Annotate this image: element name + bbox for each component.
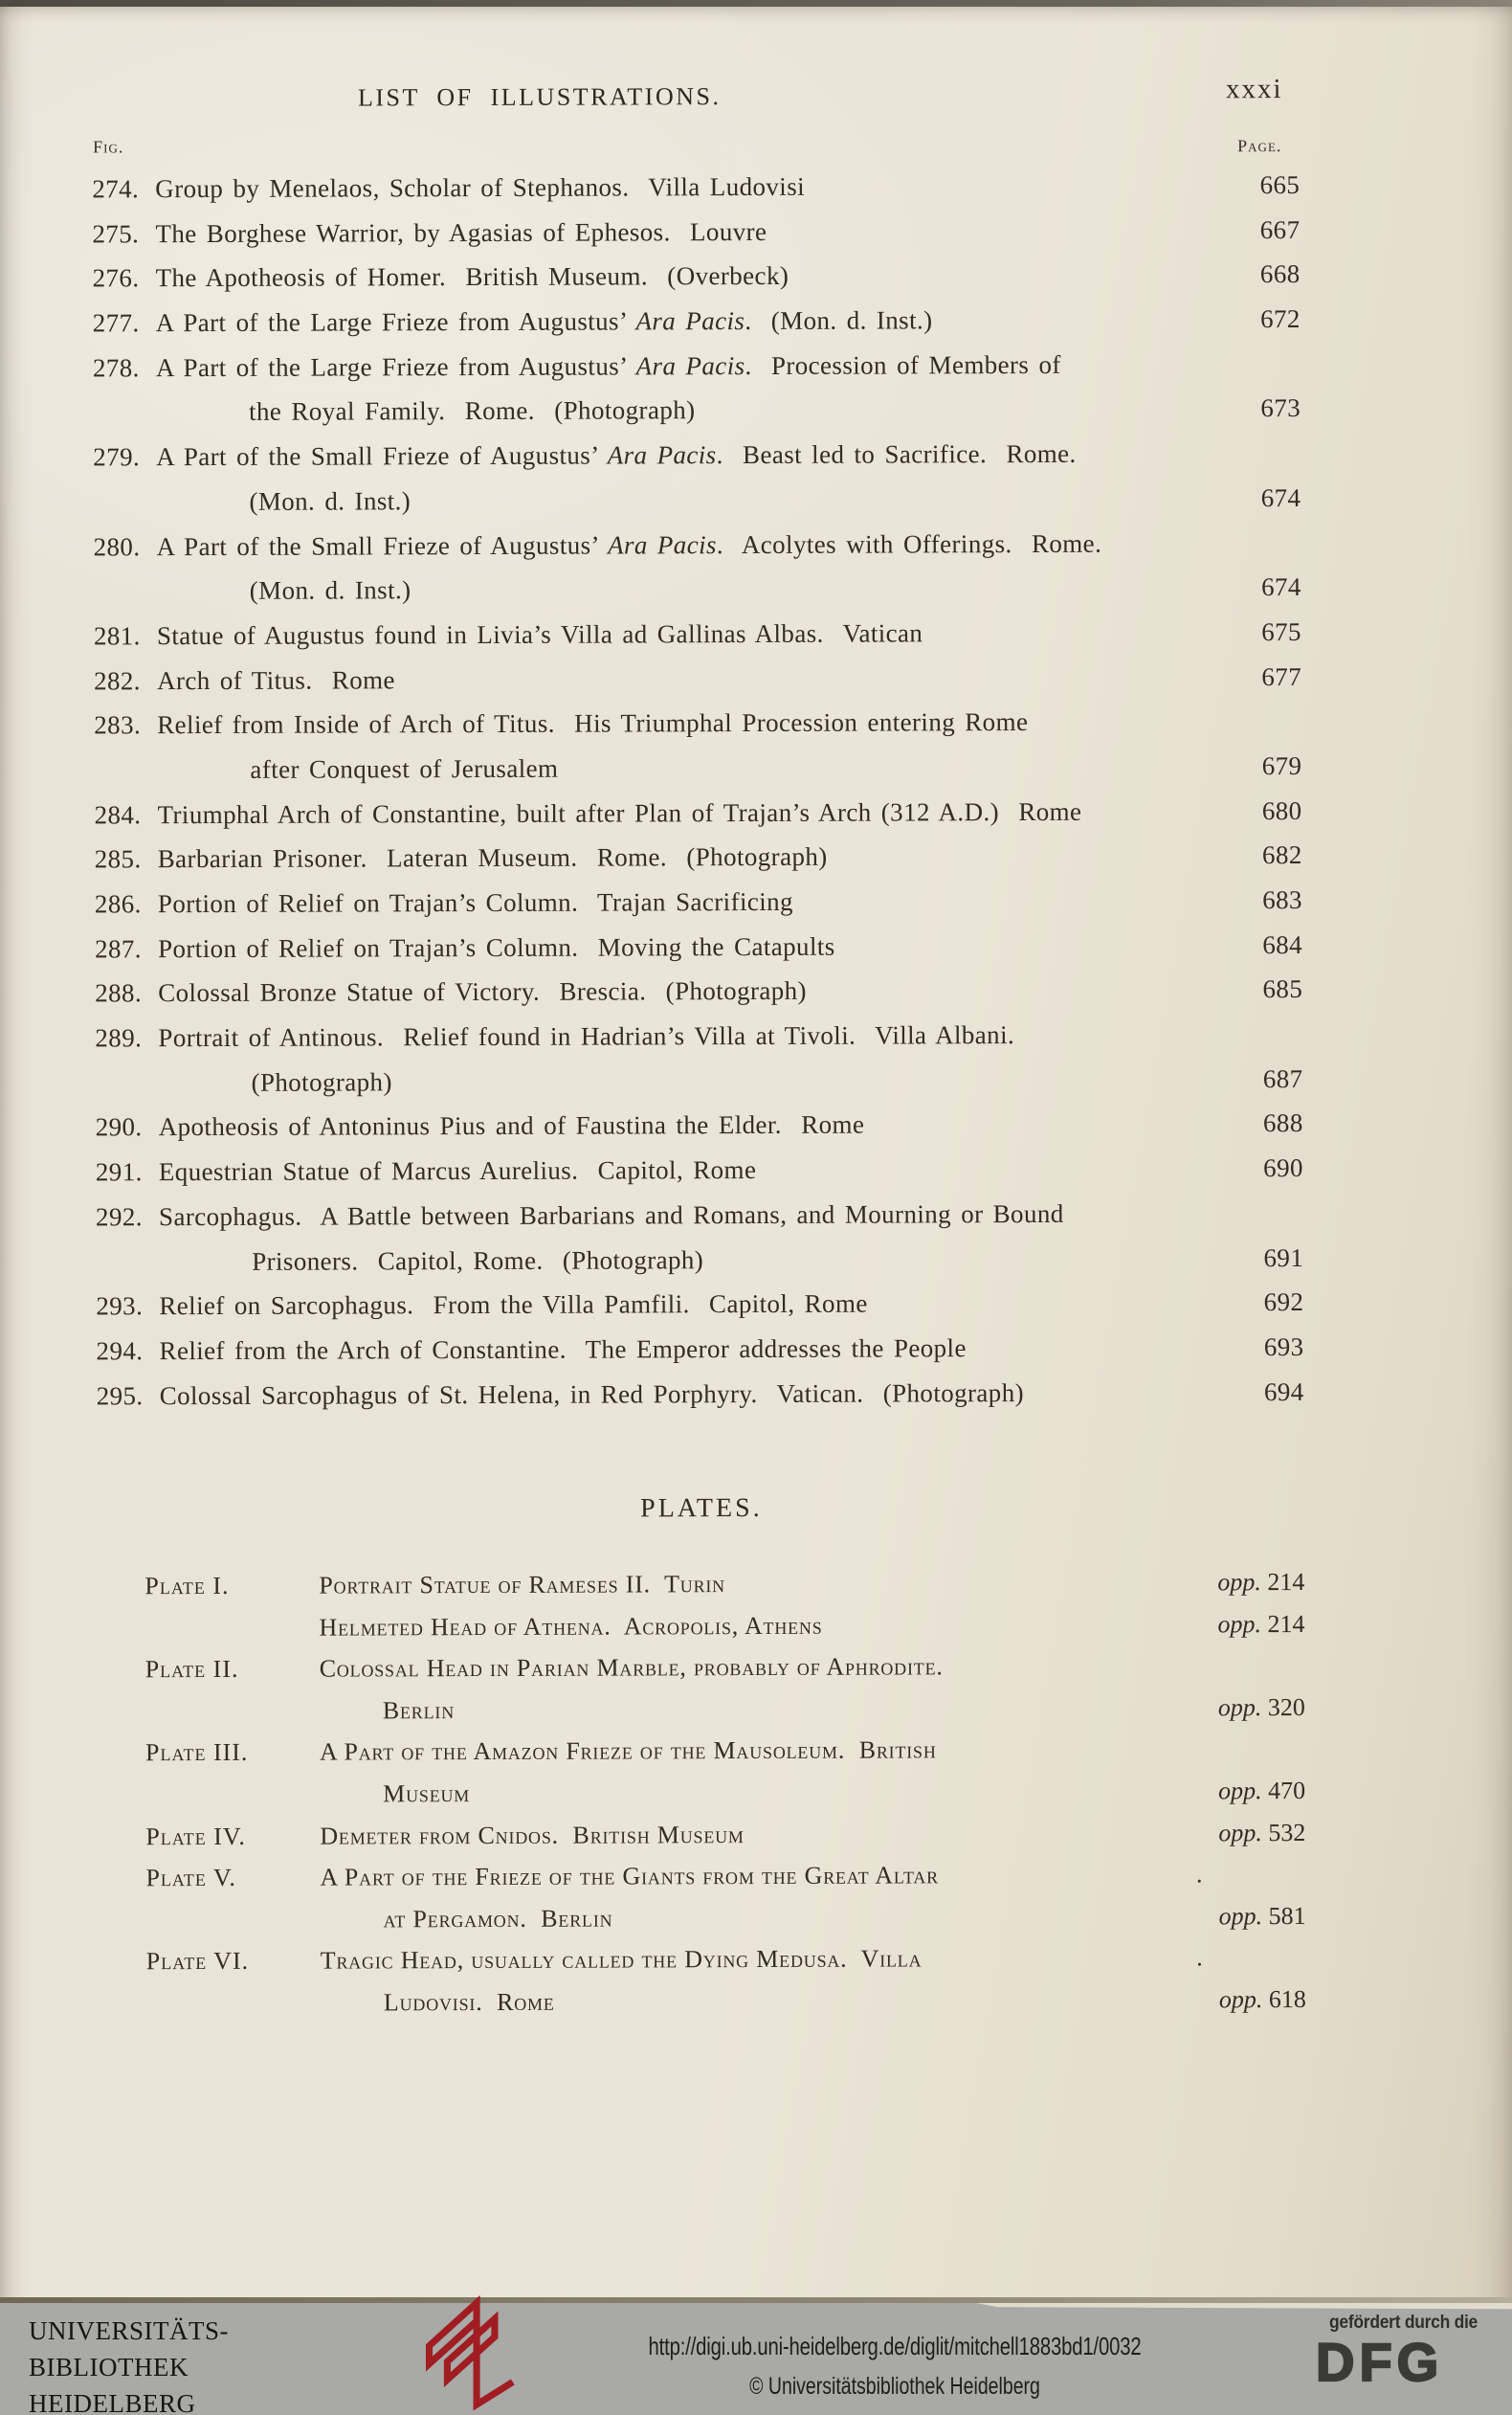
page-number: 687: [1263, 1064, 1303, 1093]
dfg-logo: DFG: [1316, 2336, 1483, 2389]
figure-row: after Conquest of Jerusalem679: [94, 744, 1301, 793]
page-number: 532: [1268, 1819, 1305, 1846]
entry-text: A Part of the Large Frieze from Augustus…: [156, 298, 933, 346]
dot-leader: [826, 1603, 1172, 1646]
figure-row: 291.Equestrian Statue of Marcus Aurelius…: [96, 1146, 1303, 1195]
page-ref: 675: [1233, 610, 1301, 655]
page-ref: 667: [1231, 208, 1300, 253]
page-ref: 665: [1231, 163, 1300, 208]
entry-text: Triumphal Arch of Constantine, built aft…: [157, 789, 1081, 837]
figure-row: 274.Group by Menelaos, Scholar of Stepha…: [92, 163, 1300, 212]
entry-text: A Part of the Amazon Frieze of the Mauso…: [320, 1730, 937, 1774]
library-name: UNIVERSITÄTS- BIBLIOTHEK HEIDELBERG: [29, 2313, 229, 2415]
figure-number: 280.: [94, 525, 157, 570]
plate-label: [146, 1898, 321, 1940]
plain-text: A Part of the Amazon Frieze of the Mauso…: [320, 1736, 937, 1766]
plain-text: . Procession of Members of: [745, 350, 1060, 380]
entry-text: Demeter from Cnidos. British Museum: [320, 1814, 745, 1857]
plate-row: Museumopp. 470: [145, 1770, 1305, 1816]
figure-number: 288.: [95, 972, 158, 1017]
dot-leader: [699, 387, 1226, 434]
page-ref: opp. 470: [1179, 1770, 1305, 1812]
plate-row: Plate III.A Part of the Amazon Frieze of…: [145, 1728, 1305, 1774]
entry-text: Prisoners. Capitol, Rome. (Photograph): [159, 1238, 703, 1285]
opp-prefix: opp.: [1219, 1902, 1269, 1930]
dot-leader: [1028, 1370, 1230, 1415]
page-number: 665: [1260, 170, 1301, 199]
plain-text: Museum: [383, 1779, 470, 1807]
figure-row: 277.A Part of the Large Frieze from Augu…: [93, 297, 1301, 346]
plain-text: Colossal Bronze Statue of Victory. Bresc…: [158, 976, 807, 1007]
plain-text: . Beast led to Sacrifice. Rome.: [716, 439, 1076, 469]
dot-leader: [562, 744, 1227, 791]
figure-row: 288.Colossal Bronze Statue of Victory. B…: [95, 967, 1302, 1016]
figure-row: 280.A Part of the Small Frieze of August…: [94, 521, 1301, 570]
page-ref: 668: [1232, 252, 1301, 297]
figure-number: 285.: [95, 837, 158, 882]
plain-text: Colossal Sarcophagus of St. Helena, in R…: [160, 1378, 1024, 1410]
page-ref: 674: [1233, 565, 1301, 610]
opp-prefix: opp.: [1217, 1610, 1267, 1638]
page-ref: opp. 214: [1178, 1561, 1304, 1603]
page-number: 214: [1267, 1610, 1304, 1638]
plain-text: Colossal Head in Parian Marble, probably…: [320, 1653, 944, 1683]
page-number: 693: [1264, 1332, 1304, 1361]
page-number: 684: [1262, 930, 1302, 959]
opp-prefix: opp.: [1218, 1693, 1268, 1721]
entry-text: Relief from Inside of Arch of Titus. His…: [157, 700, 1028, 748]
plain-text: at Pergamon. Berlin: [384, 1904, 613, 1933]
dot-leader: [474, 1770, 1173, 1814]
opp-prefix: opp.: [1219, 1985, 1269, 2013]
page-ref: 694: [1235, 1370, 1304, 1415]
page-ref: 684: [1234, 923, 1302, 968]
footer-center: http://digi.ub.uni-heidelberg.de/diglit/…: [512, 2303, 1278, 2401]
plain-text: A Part of the Small Frieze of Augustus’: [156, 441, 608, 472]
figure-number: [96, 1240, 159, 1285]
figure-number: 275.: [92, 212, 155, 257]
dot-leader: [707, 1236, 1229, 1283]
figure-row: 281.Statue of Augustus found in Livia’s …: [94, 610, 1301, 659]
page-number: 682: [1262, 840, 1302, 869]
entry-text: Apotheosis of Antoninus Pius and of Faus…: [159, 1103, 865, 1150]
plain-text: Statue of Augustus found in Livia’s Vill…: [157, 618, 923, 650]
plain-text: Helmeted Head of Athena. Acropolis, Athe…: [319, 1611, 822, 1641]
page-ref: opp. 320: [1179, 1687, 1305, 1729]
plate-label: Plate III.: [145, 1732, 320, 1774]
plain-text: Group by Menelaos, Scholar of Stephanos.…: [155, 172, 805, 203]
dot-leader: [936, 297, 1225, 343]
dot-leader: [559, 1979, 1174, 2023]
page-number: 694: [1264, 1377, 1304, 1406]
plain-text: Portrait of Antinous. Relief found in Ha…: [158, 1020, 1014, 1052]
plate-label: Plate I.: [145, 1565, 319, 1607]
page-column-header: Page.: [1237, 136, 1281, 156]
figure-row: 275.The Borghese Warrior, by Agasias of …: [92, 208, 1300, 257]
plain-text: Portion of Relief on Trajan’s Column. Mo…: [158, 931, 835, 962]
tail-dot: .: [1196, 1936, 1306, 1979]
page-number: 581: [1269, 1902, 1306, 1930]
entry-text: Colossal Sarcophagus of St. Helena, in R…: [160, 1371, 1024, 1419]
figure-number: 291.: [96, 1150, 159, 1195]
page-ref: opp. 618: [1180, 1979, 1306, 2021]
figure-number: 290.: [96, 1106, 159, 1151]
plate-label: Plate II.: [145, 1648, 320, 1690]
entry-text: Statue of Augustus found in Livia’s Vill…: [157, 611, 923, 658]
page-number: 675: [1261, 617, 1301, 646]
dot-leader: [797, 878, 1228, 924]
plate-row: Berlinopp. 320: [145, 1687, 1305, 1733]
page-number: 691: [1263, 1243, 1303, 1272]
plates-heading: PLATES.: [640, 1493, 763, 1524]
entry-text: Colossal Head in Parian Marble, probably…: [320, 1646, 944, 1690]
source-url: http://digi.ub.uni-heidelberg.de/diglit/…: [596, 2332, 1193, 2361]
page-title: LIST OF ILLUSTRATIONS.: [358, 82, 722, 112]
entry-text: the Royal Family. Rome. (Photograph): [156, 389, 696, 436]
entry-text: Relief on Sarcophagus. From the Villa Pa…: [159, 1282, 868, 1329]
page-number: 672: [1260, 304, 1301, 333]
figure-number: 287.: [95, 927, 158, 972]
dot-leader: [748, 1812, 1174, 1855]
entry-text: A Part of the Frieze of the Giants from …: [320, 1854, 939, 1898]
entry-text: Tragic Head, usually called the Dying Me…: [321, 1938, 923, 1982]
figure-row: 289.Portrait of Antinous. Relief found i…: [95, 1012, 1302, 1061]
entry-text: Sarcophagus. A Battle between Barbarians…: [159, 1192, 1064, 1240]
entry-text: Portrait of Antinous. Relief found in Ha…: [158, 1013, 1014, 1061]
page-ref: 672: [1232, 297, 1301, 342]
figure-list: 274.Group by Menelaos, Scholar of Stepha…: [92, 163, 1304, 1419]
page-number: 685: [1262, 974, 1302, 1003]
plate-row: Ludovisi. Romeopp. 618: [146, 1979, 1306, 2024]
plain-text: Berlin: [383, 1696, 455, 1724]
figure-row: (Mon. d. Inst.)674: [93, 476, 1301, 525]
entry-text: after Conquest of Jerusalem: [157, 747, 558, 793]
plain-text: Portion of Relief on Trajan’s Column. Tr…: [158, 887, 793, 918]
dot-leader: [729, 1561, 1173, 1604]
entry-text: (Photograph): [158, 1060, 391, 1106]
italic-text: Ara Pacis: [608, 530, 717, 559]
figure-number: 284.: [94, 793, 157, 838]
page-number: 674: [1261, 572, 1301, 601]
page-number: 677: [1261, 662, 1301, 691]
plain-text: The Borghese Warrior, by Agasias of Ephe…: [155, 217, 767, 248]
plate-label: [146, 1982, 321, 2024]
page-ref: 680: [1233, 789, 1301, 834]
entry-text: Barbarian Prisoner. Lateran Museum. Rome…: [158, 835, 828, 882]
figure-row: 276.The Apotheosis of Homer. British Mus…: [93, 252, 1301, 301]
plate-label: Plate V.: [145, 1857, 320, 1899]
page-number: 668: [1260, 259, 1301, 288]
dot-leader: [399, 655, 1227, 703]
plain-text: A Part of the Small Frieze of Augustus’: [157, 530, 609, 561]
dot-leader: [970, 1325, 1230, 1371]
plain-text: The Apotheosis of Homer. British Museum.…: [156, 261, 789, 292]
figure-row: the Royal Family. Rome. (Photograph)673: [93, 386, 1301, 435]
plate-row: Plate IV.Demeter from Cnidos. British Mu…: [145, 1812, 1305, 1858]
page-number: 673: [1260, 393, 1301, 422]
copyright-text: © Universitätsbibliothek Heidelberg: [596, 2373, 1193, 2401]
entry-text: Arch of Titus. Rome: [157, 658, 395, 704]
figure-row: 279.A Part of the Small Frieze of August…: [93, 431, 1301, 480]
dot-leader: [926, 610, 1227, 656]
page-number: 683: [1262, 885, 1302, 914]
library-line: BIBLIOTHEK: [29, 2349, 229, 2385]
page-number: 674: [1261, 483, 1301, 512]
plain-text: Portrait Statue of Rameses II. Turin: [319, 1570, 725, 1599]
plain-text: Equestrian Statue of Marcus Aurelius. Ca…: [159, 1155, 757, 1186]
entry-text: (Mon. d. Inst.): [156, 479, 411, 525]
entry-text: The Borghese Warrior, by Agasias of Ephe…: [155, 210, 767, 257]
page-ref: 679: [1233, 744, 1301, 789]
page-ref: opp. 532: [1179, 1812, 1305, 1854]
plain-text: Tragic Head, usually called the Dying Me…: [321, 1945, 923, 1975]
plain-text: A Part of the Frieze of the Giants from …: [320, 1861, 939, 1890]
figure-row: 282.Arch of Titus. Rome677: [94, 655, 1301, 704]
page-number: 667: [1260, 215, 1301, 244]
figure-number: 278.: [93, 346, 156, 391]
plate-row: Helmeted Head of Athena. Acropolis, Athe…: [145, 1603, 1304, 1649]
plate-label: [145, 1689, 320, 1732]
figure-number: [95, 1061, 158, 1106]
plate-label: Plate VI.: [146, 1940, 321, 1982]
entry-text: Berlin: [320, 1689, 455, 1732]
figure-row: 278.A Part of the Large Frieze from Augu…: [93, 342, 1301, 391]
page-ref: 677: [1233, 655, 1301, 700]
dot-leader: [760, 1146, 1229, 1192]
entry-text: A Part of the Large Frieze from Augustus…: [156, 343, 1061, 391]
plate-label: [145, 1606, 319, 1648]
page-ref: 683: [1234, 878, 1302, 923]
funded-by-text: gefördert durch die: [1329, 2313, 1483, 2334]
page-number: 692: [1264, 1287, 1304, 1316]
figure-number: 293.: [96, 1284, 159, 1329]
dot-leader: [414, 565, 1226, 613]
dot-leader: [792, 253, 1226, 299]
figure-number: 283.: [94, 703, 157, 748]
entry-text: A Part of the Small Frieze of Augustus’ …: [157, 521, 1102, 569]
entry-text: Portrait Statue of Rameses II. Turin: [319, 1563, 725, 1606]
page-ref: opp. 214: [1178, 1603, 1304, 1645]
opp-prefix: opp.: [1218, 1777, 1268, 1804]
plain-text: Relief on Sarcophagus. From the Villa Pa…: [159, 1289, 867, 1321]
figure-row: 286.Portion of Relief on Trajan’s Column…: [95, 878, 1302, 927]
plain-text: Demeter from Cnidos. British Museum: [320, 1821, 745, 1850]
folio-number: xxxi: [1226, 74, 1283, 105]
figure-row: 294.Relief from the Arch of Constantine.…: [96, 1325, 1303, 1374]
figure-number: [94, 748, 157, 793]
plain-text: Apotheosis of Antoninus Pius and of Faus…: [159, 1110, 865, 1142]
dot-leader: [458, 1687, 1173, 1731]
figure-row: 287.Portion of Relief on Trajan’s Column…: [95, 923, 1302, 972]
plain-text: Sarcophagus. A Battle between Barbarians…: [159, 1199, 1064, 1231]
entry-text: The Apotheosis of Homer. British Museum.…: [156, 254, 789, 301]
figure-row: 284.Triumphal Arch of Constantine, built…: [94, 789, 1301, 838]
figure-number: 279.: [93, 435, 156, 480]
dot-leader: [809, 163, 1225, 209]
dot-leader: [770, 208, 1225, 254]
plain-text: after Conquest of Jerusalem: [250, 754, 558, 784]
entry-text: Equestrian Statue of Marcus Aurelius. Ca…: [159, 1148, 757, 1195]
plate-label: [145, 1774, 320, 1816]
figure-number: 276.: [93, 257, 156, 302]
figure-row: (Mon. d. Inst.)674: [94, 565, 1301, 614]
figure-number: 277.: [93, 301, 156, 346]
dot-leader: [839, 923, 1229, 969]
figure-row: 293.Relief on Sarcophagus. From the Vill…: [96, 1280, 1303, 1329]
page-ref: 685: [1234, 967, 1302, 1012]
plain-text: A Part of the Large Frieze from Augustus…: [156, 351, 636, 382]
dot-leader: [868, 1102, 1229, 1148]
page-ref: opp. 581: [1180, 1895, 1306, 1937]
plain-text: Ludovisi. Rome: [384, 1988, 555, 2017]
figure-row: 283.Relief from Inside of Arch of Titus.…: [94, 699, 1301, 748]
plain-text: . (Mon. d. Inst.): [745, 305, 932, 335]
opp-prefix: opp.: [1217, 1568, 1267, 1596]
plain-text: (Mon. d. Inst.): [250, 575, 411, 605]
page-ref: 691: [1234, 1236, 1303, 1281]
page-ref: 682: [1234, 833, 1302, 878]
footer-bar: UNIVERSITÄTS- BIBLIOTHEK HEIDELBERG http…: [0, 2303, 1512, 2415]
scanned-page: LIST OF ILLUSTRATIONS. xxxi Fig. Page. 2…: [0, 0, 1512, 2415]
page-number: 618: [1269, 1985, 1306, 2013]
dot-leader: [414, 476, 1226, 524]
plain-text: Prisoners. Capitol, Rome. (Photograph): [252, 1245, 703, 1276]
page-number: 688: [1263, 1108, 1303, 1137]
plain-text: A Part of the Large Frieze from Augustus…: [156, 306, 636, 337]
plate-row: Plate I.Portrait Statue of Rameses II. T…: [145, 1561, 1304, 1607]
page-number: 320: [1268, 1693, 1305, 1721]
figure-number: 281.: [94, 614, 157, 659]
plain-text: Barbarian Prisoner. Lateran Museum. Rome…: [158, 842, 828, 873]
figure-row: 292.Sarcophagus. A Battle between Barbar…: [96, 1191, 1303, 1240]
plain-text: . Acolytes with Offerings. Rome.: [717, 528, 1101, 558]
plain-text: (Mon. d. Inst.): [249, 486, 411, 516]
entry-text: Colossal Bronze Statue of Victory. Bresc…: [158, 969, 807, 1016]
figure-number: [93, 480, 156, 525]
page-ref: 692: [1234, 1280, 1303, 1325]
entry-text: Portion of Relief on Trajan’s Column. Mo…: [158, 924, 835, 971]
plain-text: (Photograph): [251, 1067, 391, 1097]
italic-text: Ara Pacis: [608, 440, 717, 469]
plain-text: Triumphal Arch of Constantine, built aft…: [158, 796, 1082, 828]
page-ref: 693: [1234, 1325, 1303, 1370]
page-ref: 690: [1234, 1146, 1303, 1191]
entry-text: Helmeted Head of Athena. Acropolis, Athe…: [319, 1604, 822, 1647]
plain-text: Relief from Inside of Arch of Titus. His…: [157, 707, 1028, 739]
figure-number: 282.: [94, 659, 157, 704]
entry-text: A Part of the Small Frieze of Augustus’ …: [156, 432, 1077, 480]
page-ref: 687: [1234, 1057, 1302, 1102]
figure-number: 294.: [96, 1329, 159, 1374]
figure-row: (Photograph)687: [95, 1057, 1302, 1106]
page-number: 214: [1267, 1568, 1304, 1596]
entry-text: Portion of Relief on Trajan’s Column. Tr…: [158, 880, 793, 927]
library-line: UNIVERSITÄTS-: [29, 2313, 229, 2349]
plate-row: Plate V.A Part of the Frieze of the Gian…: [145, 1853, 1305, 1899]
dot-leader: [832, 834, 1228, 880]
entry-text: at Pergamon. Berlin: [321, 1897, 613, 1940]
figure-number: 289.: [95, 1016, 158, 1061]
figure-number: [94, 569, 157, 614]
dot-leader: [872, 1280, 1230, 1326]
figure-row: 295.Colossal Sarcophagus of St. Helena, …: [97, 1370, 1304, 1419]
figure-row: Prisoners. Capitol, Rome. (Photograph)69…: [96, 1236, 1303, 1285]
figure-number: 292.: [96, 1195, 159, 1240]
italic-text: Ara Pacis: [636, 351, 745, 380]
page-number: 680: [1262, 796, 1302, 825]
entry-text: Museum: [320, 1773, 470, 1815]
figure-number: [93, 391, 156, 436]
dot-leader: [811, 968, 1228, 1014]
dot-leader: [616, 1895, 1173, 1939]
italic-text: Ara Pacis: [635, 306, 745, 335]
figure-number: 295.: [97, 1374, 160, 1419]
entry-text: Ludovisi. Rome: [321, 1981, 555, 2024]
page-number: 470: [1268, 1777, 1305, 1804]
page-ref: 673: [1232, 386, 1301, 431]
plate-list: Plate I.Portrait Statue of Rameses II. T…: [145, 1561, 1306, 2024]
figure-row: 285.Barbarian Prisoner. Lateran Museum. …: [95, 833, 1302, 882]
plate-row: Plate VI.Tragic Head, usually called the…: [146, 1936, 1306, 1982]
plate-label: Plate IV.: [145, 1815, 320, 1857]
figure-number: 274.: [92, 167, 155, 212]
page-number: 679: [1262, 751, 1302, 780]
plate-row: at Pergamon. Berlinopp. 581: [146, 1895, 1306, 1941]
plate-row: Plate II.Colossal Head in Parian Marble,…: [145, 1644, 1305, 1690]
entry-text: Relief from the Arch of Constantine. The…: [159, 1326, 966, 1374]
library-line: HEIDELBERG: [29, 2385, 229, 2415]
page-ref: 688: [1234, 1101, 1303, 1146]
dfg-block: gefördert durch die DFG: [1316, 2313, 1483, 2389]
dot-leader: [1085, 789, 1227, 834]
dot-leader: [396, 1057, 1229, 1105]
fig-column-header: Fig.: [93, 137, 123, 157]
opp-prefix: opp.: [1218, 1819, 1268, 1846]
plain-text: Arch of Titus. Rome: [157, 665, 395, 695]
entry-text: Group by Menelaos, Scholar of Stephanos.…: [155, 165, 805, 212]
ub-heidelberg-logo-icon: [413, 2292, 526, 2415]
figure-number: 286.: [95, 882, 158, 927]
plain-text: the Royal Family. Rome. (Photograph): [249, 396, 696, 427]
entry-text: (Mon. d. Inst.): [157, 568, 411, 614]
plain-text: Relief from the Arch of Constantine. The…: [159, 1333, 966, 1365]
figure-row: 290.Apotheosis of Antoninus Pius and of …: [96, 1101, 1303, 1150]
page-number: 690: [1263, 1153, 1303, 1182]
page-ref: 674: [1232, 476, 1301, 521]
tail-dot: .: [1196, 1853, 1306, 1895]
